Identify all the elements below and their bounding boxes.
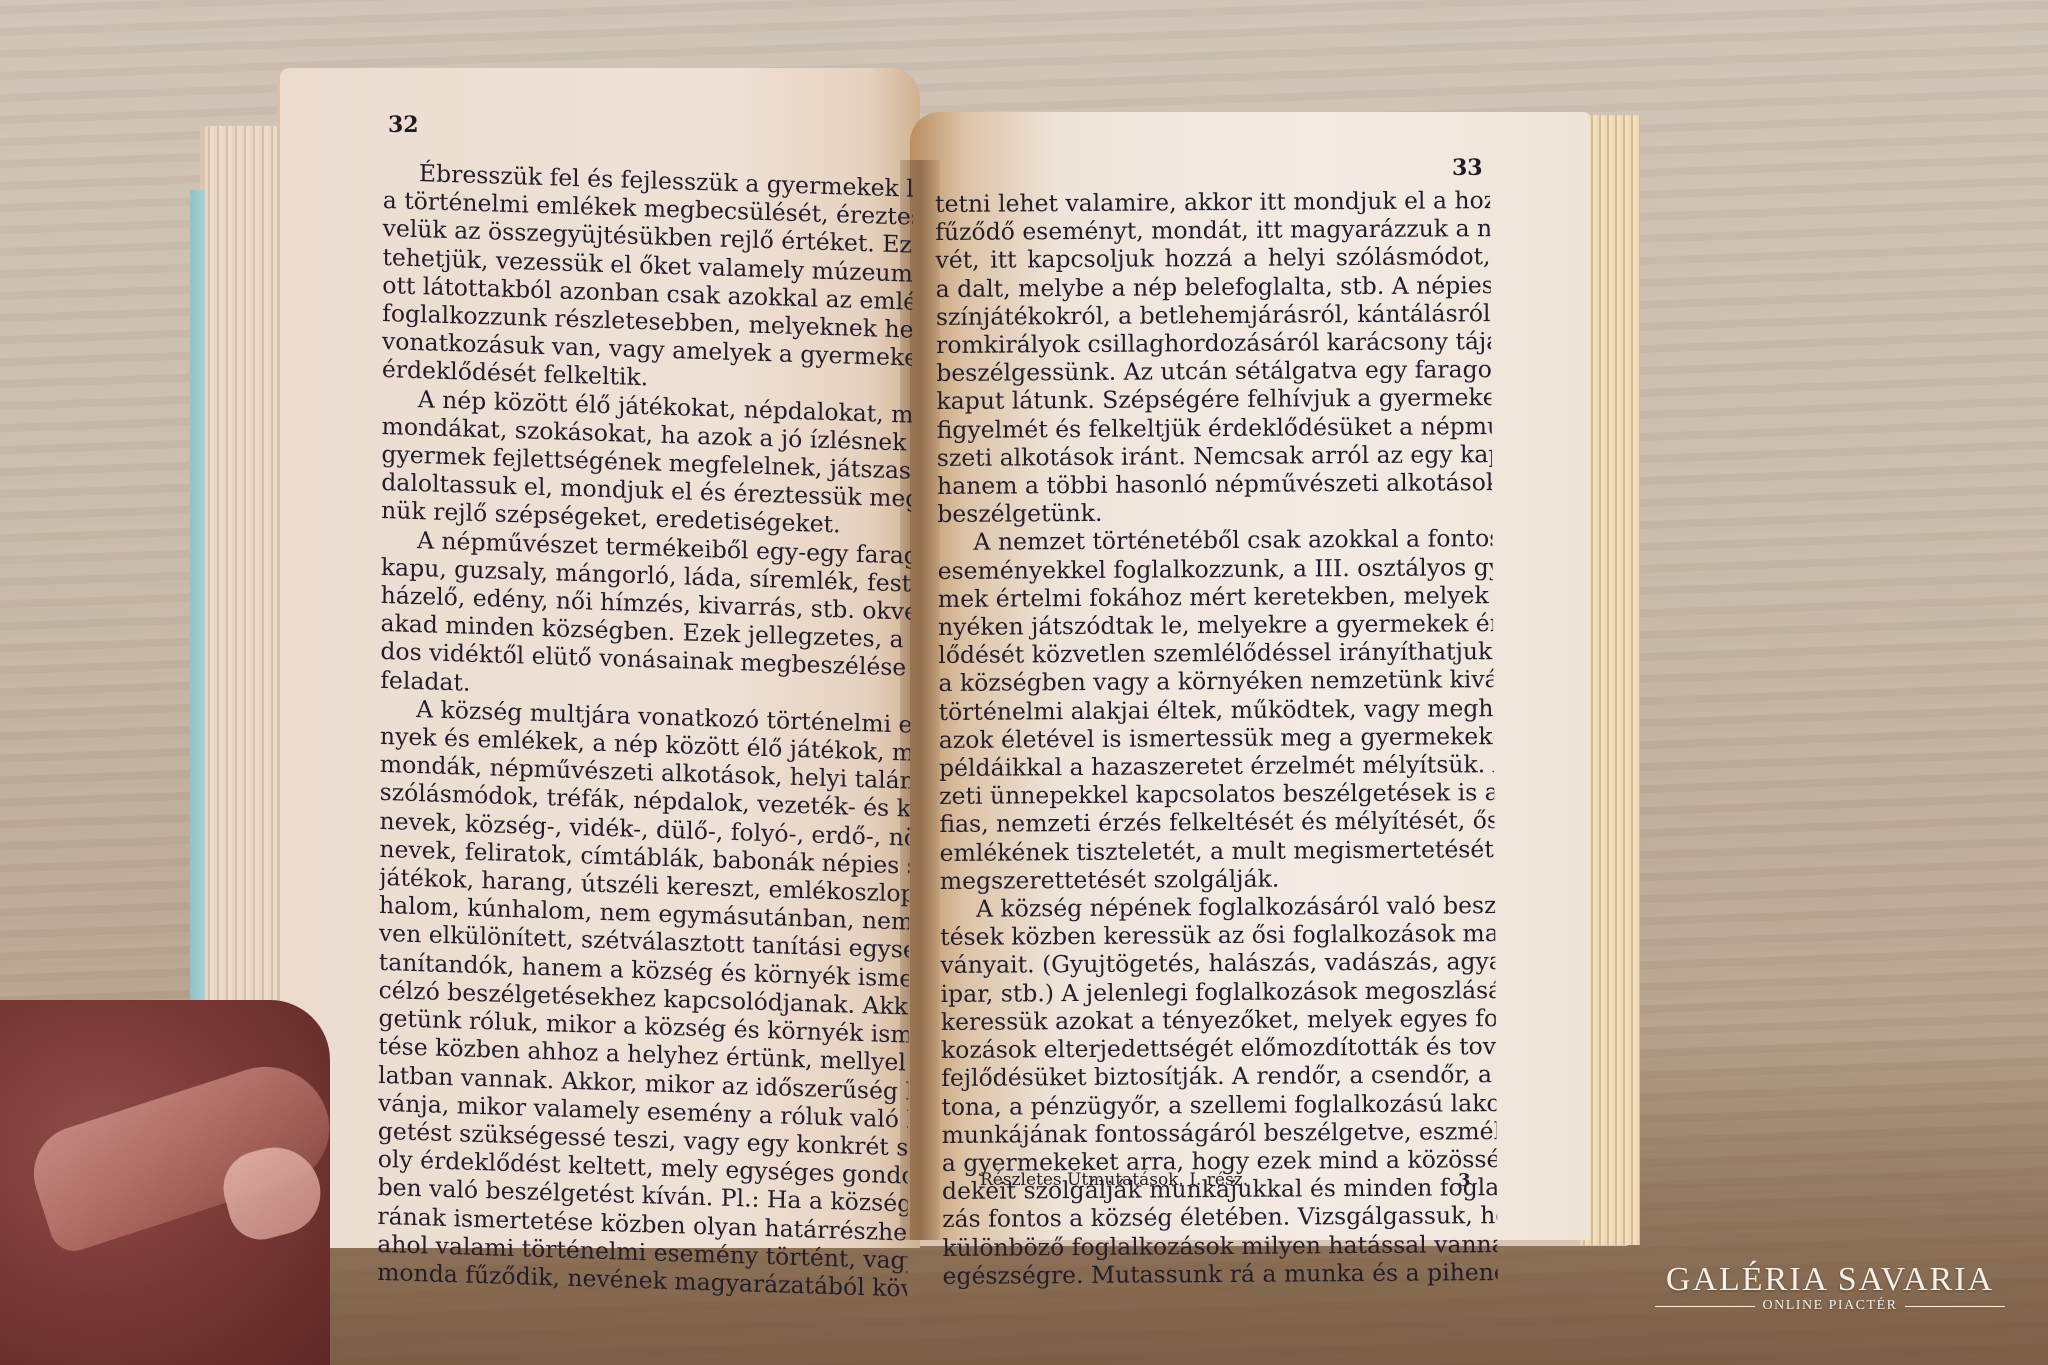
text-line: beszélgessünk. Az utcán sétálgatva egy f…	[936, 355, 1491, 387]
text-line: kaput látunk. Szépségére felhívjuk a gye…	[936, 384, 1491, 416]
text-line: emlékének tiszteletét, a mult megismerte…	[940, 835, 1495, 867]
text-line: tetni lehet valamire, akkor itt mondjuk …	[935, 186, 1490, 218]
text-line: kozások elterjedettségét előmozdították …	[941, 1032, 1496, 1064]
text-line: ványait. (Gyujtögetés, halászás, vadászá…	[940, 948, 1495, 980]
text-line: fias, nemzeti érzés felkeltését és mélyí…	[939, 807, 1494, 839]
text-line: munkájának fontosságáról beszélgetve, es…	[941, 1117, 1496, 1149]
text-line: romkirályok csillaghordozásáról karácson…	[936, 327, 1491, 359]
text-line: a községben vagy a környéken nemzetünk k…	[938, 666, 1493, 698]
text-line: A nemzet történetéből csak azokkal a fon…	[937, 525, 1492, 557]
text-line: keressük azokat a tényezőket, melyek egy…	[941, 1004, 1496, 1036]
text-line: megszerettetését szolgálják.	[940, 863, 1495, 895]
text-line: színjátékokról, a betlehemjárásról, kánt…	[936, 299, 1491, 331]
text-line: mek értelmi fokához mért keretekben, mel…	[938, 581, 1493, 613]
watermark-subtitle: ONLINE PIACTÉR	[1763, 1298, 1898, 1314]
signature-title: Részletes Útmutatások. I. rész.	[980, 1170, 1248, 1190]
right-page-text: tetni lehet valamire, akkor itt mondjuk …	[935, 186, 1498, 1290]
text-line: szeti alkotások iránt. Nemcsak arról az …	[937, 440, 1492, 472]
text-line: példáikkal a hazaszeretet érzelmét mélyí…	[939, 750, 1494, 782]
text-line: azok életével is ismertessük meg a gyerm…	[939, 722, 1494, 754]
text-line: fűződő eseményt, mondát, itt magyarázzuk…	[935, 214, 1490, 246]
text-line: a dalt, melybe a nép belefoglalta, stb. …	[936, 271, 1491, 303]
text-line: tona, a pénzügyőr, a szellemi foglalkozá…	[941, 1089, 1496, 1121]
right-page-number: 33	[1452, 155, 1483, 181]
text-line: hanem a többi hasonló népművészeti alkot…	[937, 468, 1492, 500]
text-line: történelmi alakjai éltek, működtek, vagy…	[939, 694, 1494, 726]
watermark-rule-left	[1655, 1306, 1755, 1307]
text-line: figyelmét és felkeltjük érdeklődésüket a…	[937, 412, 1492, 444]
text-line: eseményekkel foglalkozzunk, a III. osztá…	[938, 553, 1493, 585]
text-line: tések közben keressük az ősi foglalkozás…	[940, 919, 1495, 951]
left-page-text: Ébresszük fel és fejlesszük a gyermekek …	[377, 158, 913, 1303]
text-line: lődését közvetlen szemlélődéssel irányít…	[938, 637, 1493, 669]
text-line: különböző foglalkozások milyen hatással …	[942, 1230, 1497, 1262]
text-line: beszélgetünk.	[937, 496, 1492, 528]
watermark-title: GALÉRIA SAVARIA	[1655, 1262, 2005, 1298]
text-line: A község népének foglalkozásáról való be…	[940, 891, 1495, 923]
text-line: fejlődésüket biztosítják. A rendőr, a cs…	[941, 1060, 1496, 1092]
text-line: vét, itt kapcsoljuk hozzá a helyi szólás…	[935, 243, 1490, 275]
text-line: ipar, stb.) A jelenlegi foglalkozások me…	[941, 976, 1496, 1008]
text-line: egészségre. Mutassunk rá a munka és a pi…	[942, 1258, 1497, 1290]
text-line: nyéken játszódtak le, melyekre a gyermek…	[938, 609, 1493, 641]
left-page-number: 32	[388, 112, 419, 138]
text-line: zás fontos a község életében. Vizsgálgas…	[942, 1201, 1497, 1233]
text-line: zeti ünnepekkel kapcsolatos beszélgetése…	[939, 778, 1494, 810]
watermark-logo: GALÉRIA SAVARIA ONLINE PIACTÉR	[1655, 1262, 2005, 1314]
watermark-rule-right	[1905, 1306, 2005, 1307]
signature-number: 3	[1458, 1170, 1471, 1191]
